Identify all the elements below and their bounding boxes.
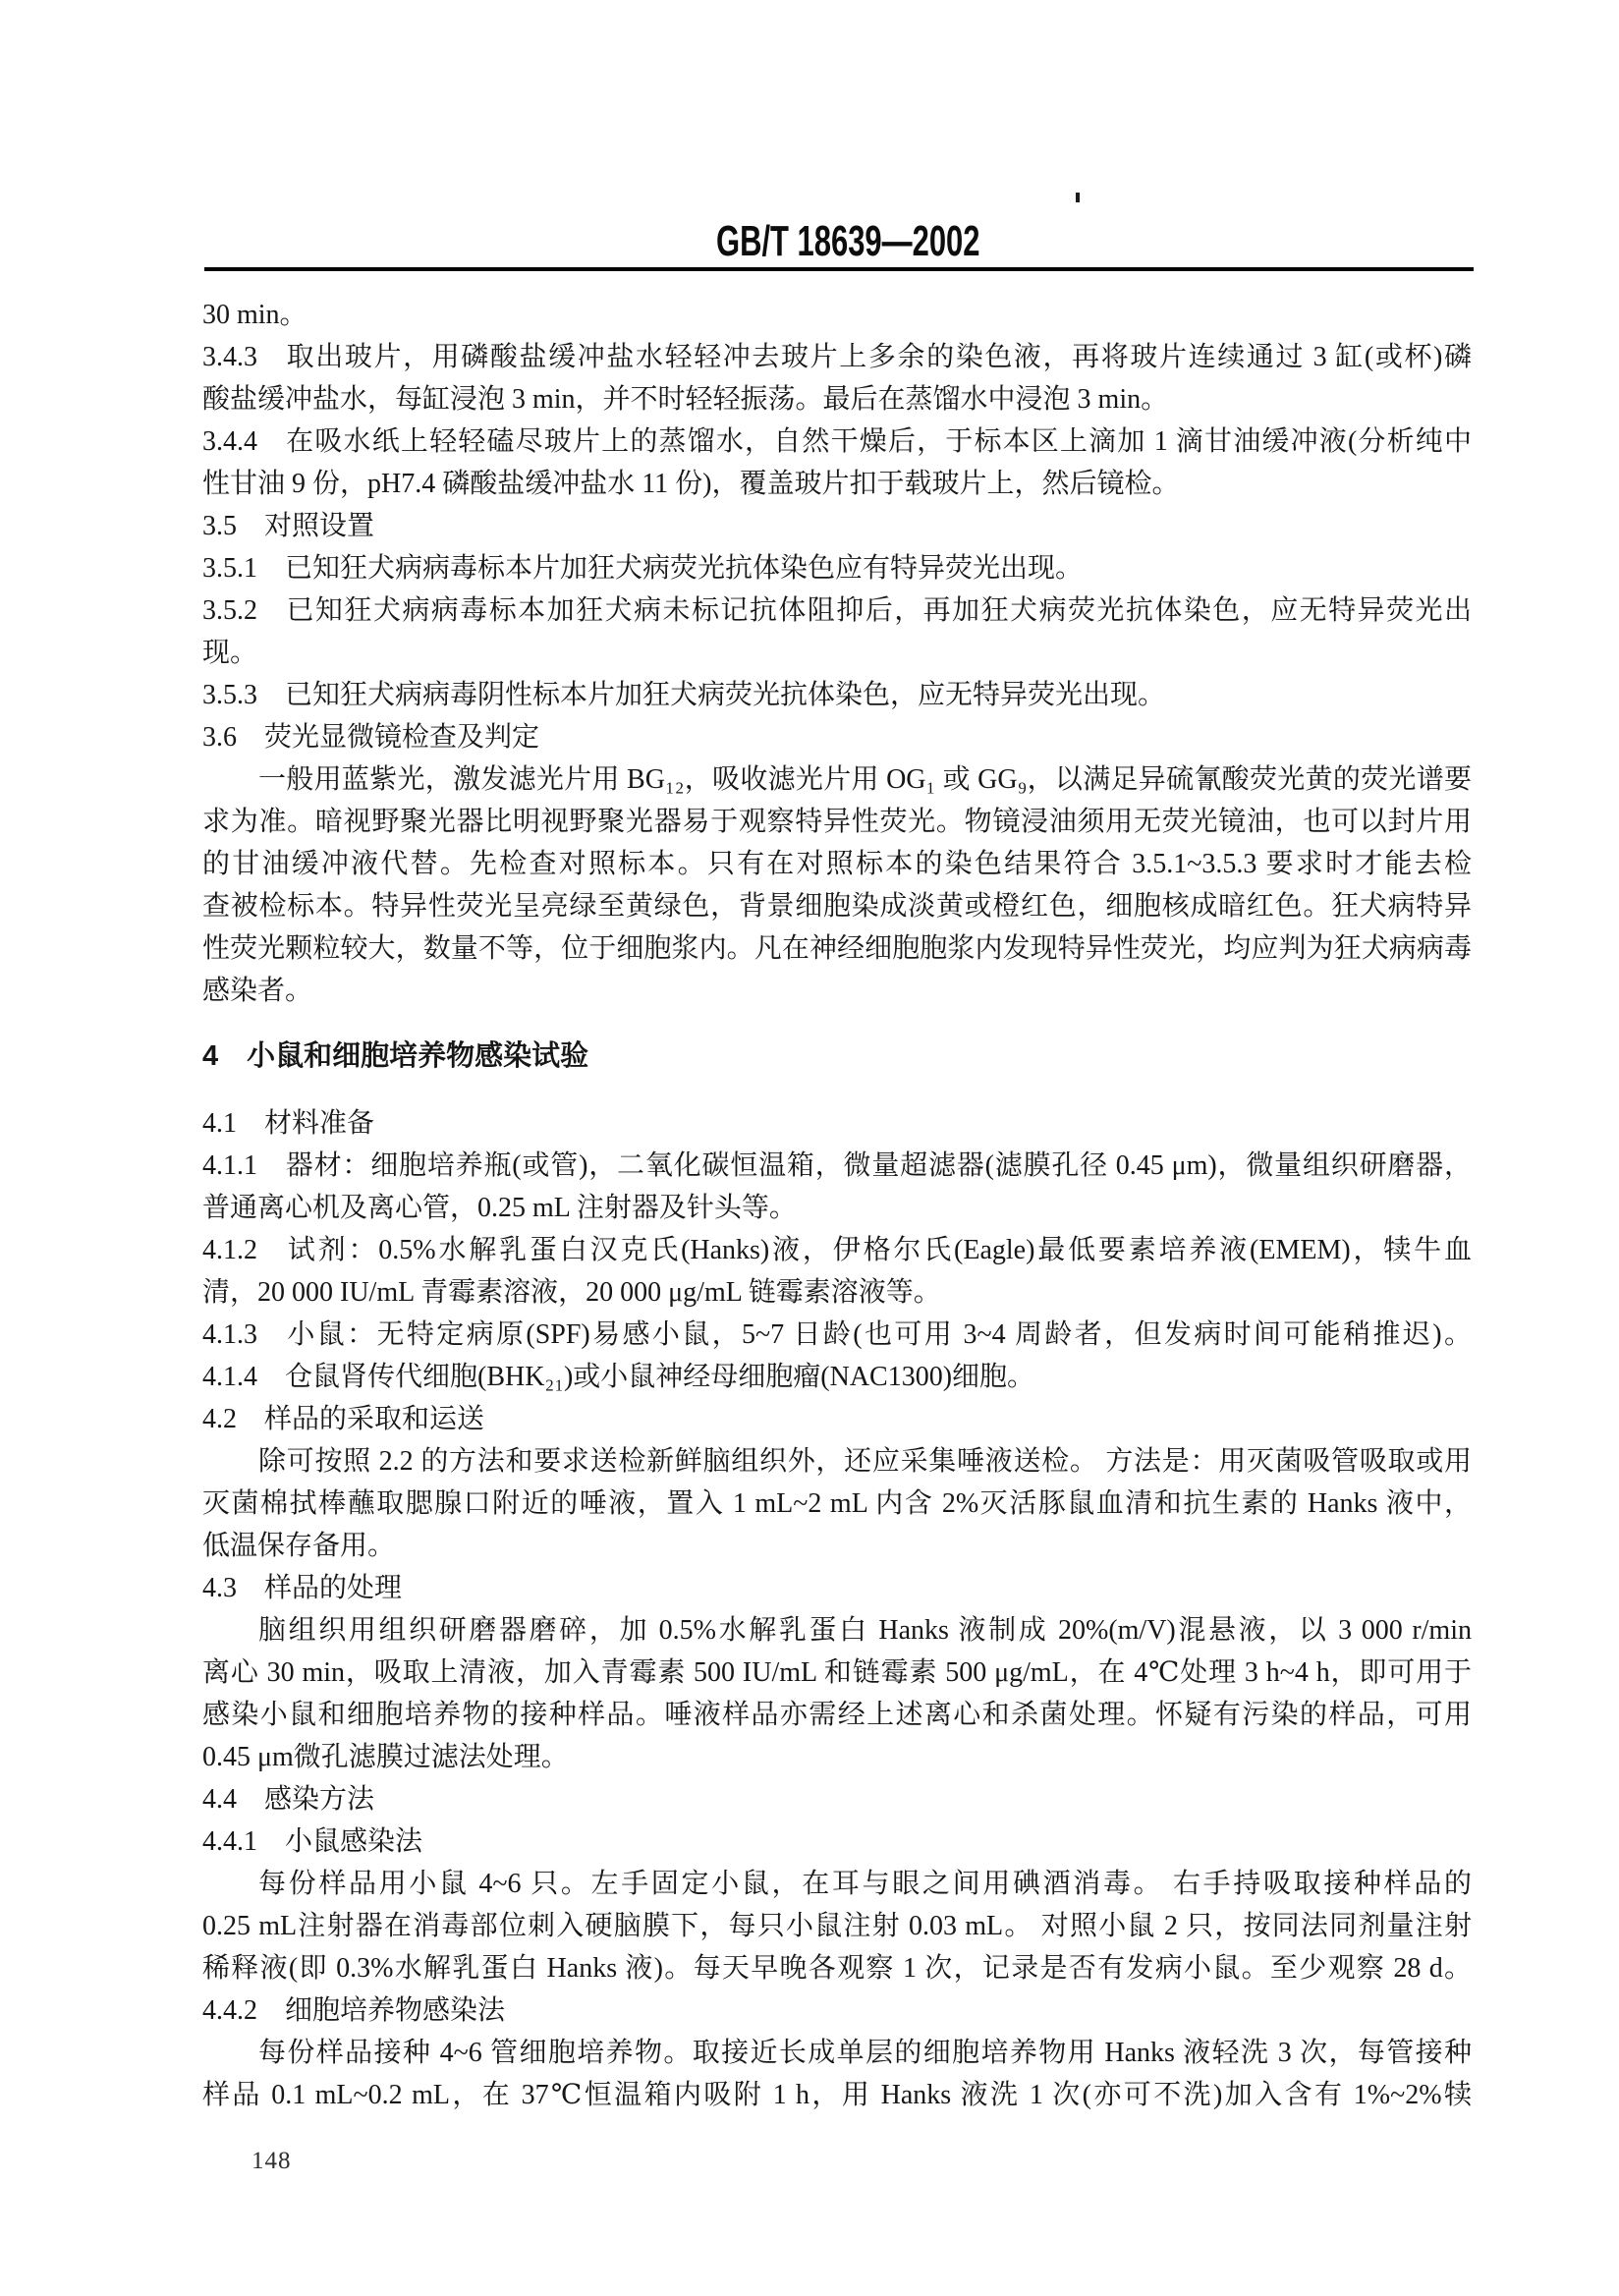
text-line: 3.5.1 已知狂犬病病毒标本片加狂犬病荧光抗体染色应有特异荧光出现。 — [202, 547, 1472, 589]
text-line: 4.1.4 仓鼠肾传代细胞(BHK₂₁)或小鼠神经母细胞瘤(NAC1300)细胞… — [202, 1356, 1472, 1398]
clause-heading: 4.4.1 小鼠感染法 — [202, 1820, 1472, 1863]
text-line: 0.25 mL注射器在消毒部位刺入硬脑膜下，每只小鼠注射 0.03 mL。 对照… — [202, 1905, 1472, 1947]
text-line: 求为准。暗视野聚光器比明视野聚光器易于观察特异性荧光。物镜浸油须用无荧光镜油，也… — [202, 801, 1472, 843]
text-line: 普通离心机及离心管，0.25 mL 注射器及针头等。 — [202, 1187, 1472, 1229]
text-line: 3.4.3 取出玻片，用磷酸盐缓冲盐水轻轻冲去玻片上多余的染色液，再将玻片连续通… — [202, 336, 1472, 378]
clause-heading: 4.3 样品的处理 — [202, 1567, 1472, 1609]
text-line: 除可按照 2.2 的方法和要求送检新鲜脑组织外，还应采集唾液送检。 方法是：用灭… — [202, 1440, 1472, 1483]
text-line: 查被检标本。特异性荧光呈亮绿至黄绿色，背景细胞染成淡黄或橙红色，细胞核成暗红色。… — [202, 885, 1472, 927]
clause-heading: 4.1 材料准备 — [202, 1102, 1472, 1145]
text-line: 4.1.3 小鼠：无特定病原(SPF)易感小鼠，5~7 日龄(也可用 3~4 周… — [202, 1314, 1472, 1356]
text-line: 样品 0.1 mL~0.2 mL，在 37℃恒温箱内吸附 1 h，用 Hanks… — [202, 2074, 1472, 2116]
text-line: 3.5.3 已知狂犬病病毒阴性标本片加狂犬病荧光抗体染色，应无特异荧光出现。 — [202, 674, 1472, 716]
clause-heading: 3.5 对照设置 — [202, 505, 1472, 547]
text-line: 3.4.4 在吸水纸上轻轻磕尽玻片上的蒸馏水，自然干燥后，于标本区上滴加 1 滴… — [202, 420, 1472, 463]
text-line: 30 min。 — [202, 294, 1472, 336]
page-number: 148 — [251, 2148, 292, 2175]
text-line: 现。 — [202, 632, 1472, 674]
clause-heading: 4.4 感染方法 — [202, 1778, 1472, 1820]
text-line: 性荧光颗粒较大，数量不等，位于细胞浆内。凡在神经细胞胞浆内发现特异性荧光，均应判… — [202, 927, 1472, 970]
text-line: 清，20 000 IU/mL 青霉素溶液，20 000 μg/mL 链霉素溶液等… — [202, 1271, 1472, 1314]
text-line: 稀释液(即 0.3%水解乳蛋白 Hanks 液)。每天早晚各观察 1 次，记录是… — [202, 1947, 1472, 1989]
document-body: 30 min。3.4.3 取出玻片，用磷酸盐缓冲盐水轻轻冲去玻片上多余的染色液，… — [202, 294, 1472, 2116]
text-line: 脑组织用组织研磨器磨碎，加 0.5%水解乳蛋白 Hanks 液制成 20%(m/… — [202, 1609, 1472, 1652]
text-line: 感染小鼠和细胞培养物的接种样品。唾液样品亦需经上述离心和杀菌处理。怀疑有污染的样… — [202, 1694, 1472, 1736]
text-line: 的甘油缓冲液代替。先检查对照标本。只有在对照标本的染色结果符合 3.5.1~3.… — [202, 843, 1472, 885]
text-line: 离心 30 min，吸取上清液，加入青霉素 500 IU/mL 和链霉素 500… — [202, 1652, 1472, 1694]
clause-heading: 4.2 样品的采取和运送 — [202, 1398, 1472, 1440]
header-rule — [204, 267, 1474, 271]
clause-heading: 3.6 荧光显微镜检查及判定 — [202, 716, 1472, 758]
standard-number: GB/T 18639—2002 — [716, 217, 979, 266]
text-line: 一般用蓝紫光，激发滤光片用 BG₁₂，吸收滤光片用 OG₁ 或 GG₉，以满足异… — [202, 758, 1472, 801]
text-line: 每份样品用小鼠 4~6 只。左手固定小鼠，在耳与眼之间用碘酒消毒。 右手持吸取接… — [202, 1863, 1472, 1905]
text-line: 4.1.1 器材：细胞培养瓶(或管)，二氧化碳恒温箱，微量超滤器(滤膜孔径 0.… — [202, 1145, 1472, 1187]
text-line: 感染者。 — [202, 970, 1472, 1012]
scan-artifact-dot — [1076, 193, 1080, 202]
text-line: 4.1.2 试剂：0.5%水解乳蛋白汉克氏(Hanks)液，伊格尔氏(Eagle… — [202, 1229, 1472, 1271]
text-line: 3.5.2 已知狂犬病病毒标本加狂犬病未标记抗体阻抑后，再加狂犬病荧光抗体染色，… — [202, 589, 1472, 632]
text-line: 每份样品接种 4~6 管细胞培养物。取接近长成单层的细胞培养物用 Hanks 液… — [202, 2032, 1472, 2074]
chapter-heading: 4 小鼠和细胞培养物感染试验 — [202, 1036, 1472, 1078]
text-line: 酸盐缓冲盐水，每缸浸泡 3 min，并不时轻轻振荡。最后在蒸馏水中浸泡 3 mi… — [202, 378, 1472, 420]
text-line: 0.45 μm微孔滤膜过滤法处理。 — [202, 1736, 1472, 1778]
text-line: 性甘油 9 份，pH7.4 磷酸盐缓冲盐水 11 份)，覆盖玻片扣于载玻片上，然… — [202, 463, 1472, 505]
text-line: 低温保存备用。 — [202, 1525, 1472, 1567]
text-line: 灭菌棉拭棒蘸取腮腺口附近的唾液，置入 1 mL~2 mL 内含 2%灭活豚鼠血清… — [202, 1483, 1472, 1525]
document-page: GB/T 18639—2002 30 min。3.4.3 取出玻片，用磷酸盐缓冲… — [0, 0, 1619, 2296]
clause-heading: 4.4.2 细胞培养物感染法 — [202, 1989, 1472, 2032]
